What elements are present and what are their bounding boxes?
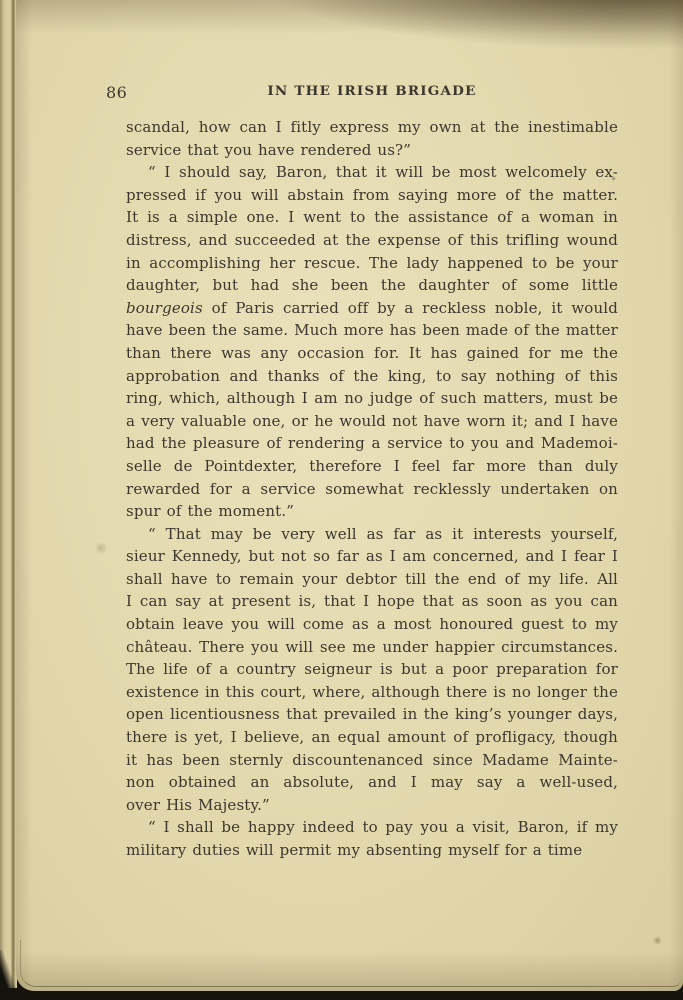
paragraph: “ That may be very well as far as it int… (126, 523, 618, 817)
text-line: “ That may be very well as far as it int… (126, 523, 618, 546)
text-line: it has been sternly discountenanced sinc… (126, 749, 618, 772)
text-line: distress, and succeeded at the expense o… (126, 229, 618, 252)
text-line: shall have to remain your debtor till th… (126, 568, 618, 591)
text-line: existence in this court, where, although… (126, 681, 618, 704)
italic-text: bourgeois (126, 299, 203, 317)
text-line: “ I shall be happy indeed to pay you a v… (126, 816, 618, 839)
text-line: sieur Kennedy, but not so far as I am co… (126, 545, 618, 568)
text-line: have been the same. Much more has been m… (126, 319, 618, 342)
text-line: daughter, but had she been the daughter … (126, 274, 618, 297)
text-line: approbation and thanks of the king, to s… (126, 365, 618, 388)
text-line: “ I should say, Baron, that it will be m… (126, 161, 618, 184)
text-line: selle de Pointdexter, therefore I feel f… (126, 455, 618, 478)
text-line: service that you have rendered us?” (126, 139, 618, 162)
text-line: non obtained an absolute, and I may say … (126, 771, 618, 794)
text-line: rewarded for a service somewhat reckless… (126, 478, 618, 501)
text-line: scandal, how can I fitly express my own … (126, 116, 618, 139)
paper-blemish (94, 542, 108, 554)
text-line: pressed if you will abstain from saying … (126, 184, 618, 207)
book-scan: 86 IN THE IRISH BRIGADE scandal, how can… (0, 0, 683, 1000)
page-stack-edge (0, 0, 17, 988)
page-number: 86 (106, 83, 127, 102)
text-segment: of Paris carried off by a reckless noble… (203, 299, 618, 317)
page-header: 86 IN THE IRISH BRIGADE (126, 83, 618, 103)
text-block: scandal, how can I fitly express my own … (126, 116, 618, 862)
text-line: over His Majesty.” (126, 794, 618, 817)
text-line: The life of a country seigneur is but a … (126, 658, 618, 681)
paragraph: scandal, how can I fitly express my own … (126, 116, 618, 161)
text-line: military duties will permit my absenting… (126, 839, 618, 862)
text-line: a very valuable one, or he would not hav… (126, 410, 618, 433)
running-header: IN THE IRISH BRIGADE (126, 83, 618, 98)
page-bottom-edge-line (20, 940, 681, 987)
text-line: château. There you will see me under hap… (126, 636, 618, 659)
text-line: I can say at present is, that I hope tha… (126, 590, 618, 613)
text-line: spur of the moment.” (126, 500, 618, 523)
paragraph: “ I should say, Baron, that it will be m… (126, 161, 618, 523)
text-line: in accomplishing her rescue. The lady ha… (126, 252, 618, 275)
text-line: than there was any occasion for. It has … (126, 342, 618, 365)
book-page: 86 IN THE IRISH BRIGADE scandal, how can… (16, 0, 683, 991)
text-line: It is a simple one. I went to the assist… (126, 206, 618, 229)
paper-blemish (653, 936, 662, 945)
text-line: bourgeois of Paris carried off by a reck… (126, 297, 618, 320)
paragraph: “ I shall be happy indeed to pay you a v… (126, 816, 618, 861)
scan-corner-shadow (0, 950, 16, 1000)
text-line: open licentiousness that prevailed in th… (126, 703, 618, 726)
text-line: there is yet, I believe, an equal amount… (126, 726, 618, 749)
text-line: ring, which, although I am no judge of s… (126, 387, 618, 410)
text-line: had the pleasure of rendering a service … (126, 432, 618, 455)
text-line: obtain leave you will come as a most hon… (126, 613, 618, 636)
